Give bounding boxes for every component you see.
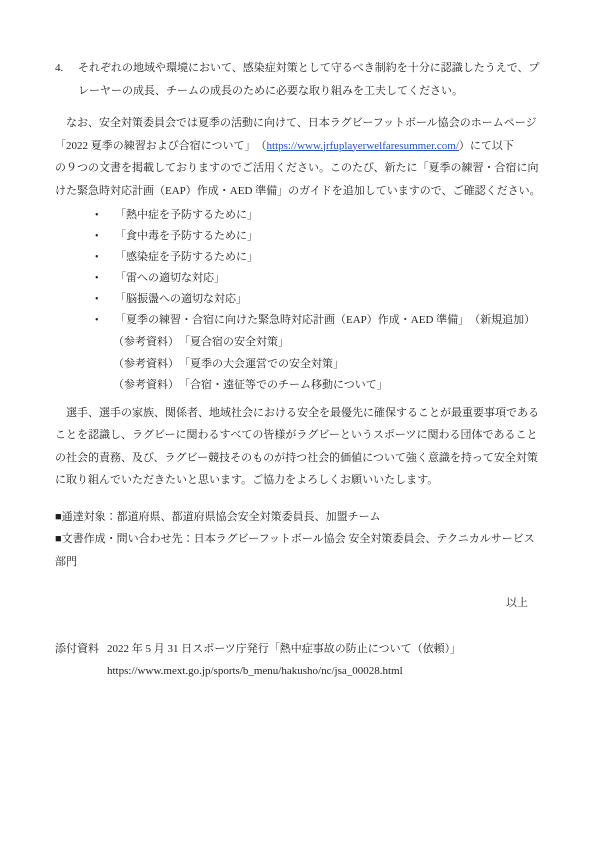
intro-line-with-link: 「2022 夏季の練習および合宿について」 （https://www.jrfup… — [55, 135, 541, 158]
closing-paragraph-line: ことを認識し、ラグビーに関わるすべての皆様がラグビーというスポーツに関わる団体で… — [55, 424, 541, 447]
bullet-icon: • — [95, 289, 115, 310]
bullet-item: • 「雷への適切な対応」 — [55, 268, 541, 289]
notice-block: ■通達対象：都道府県、都道府県協会安全対策委員長、加盟チーム ■文書作成・問い合… — [55, 506, 541, 574]
attachment-label: 添付資料 — [55, 638, 107, 661]
document-page: 4. それぞれの地域や環境において、感染症対策として守るべき制約を十分に認識した… — [0, 0, 595, 841]
intro-paragraph: なお、安全対策委員会では夏季の活動に向けて、日本ラグビーフットボール協会のホーム… — [55, 112, 541, 202]
bullet-text: 「食中毒を予防するために」 — [115, 226, 541, 247]
closing-word: 以上 — [55, 592, 541, 615]
bullet-icon: • — [95, 226, 115, 247]
item-text-line: レーヤーの成長、チームの成長のために必要な取り組みを工夫してください。 — [78, 80, 541, 103]
intro-line: なお、安全対策委員会では夏季の活動に向けて、日本ラグビーフットボール協会のホーム… — [55, 112, 541, 135]
bullet-item: • 「熱中症を予防するために」 — [55, 205, 541, 226]
item-number: 4. — [55, 57, 78, 102]
item-body: それぞれの地域や環境において、感染症対策として守るべき制約を十分に認識したうえで… — [78, 57, 541, 102]
bullet-text: 「夏季の練習・合宿に向けた緊急時対応計画（EAP）作成・AED 準備」 （新規追… — [115, 310, 541, 331]
bullet-item: • 「食中毒を予防するために」 — [55, 226, 541, 247]
bullet-icon: • — [95, 205, 115, 226]
attachment-url-text: https://www.mext.go.jp/sports/b_menu/hak… — [107, 665, 403, 677]
bullet-item: • 「脳振盪への適切な対応」 — [55, 289, 541, 310]
bullet-text: 「脳振盪への適切な対応」 — [115, 289, 541, 310]
attachment-title: 2022 年 5 月 31 日スポーツ庁発行「熱中症事故の防止について（依頼）」 — [107, 638, 541, 661]
closing-paragraph-line: に取り組んでいただきたいと思います。ご協力をよろしくお願いいたします。 — [55, 469, 541, 492]
notice-contact: ■文書作成・問い合わせ先：日本ラグビーフットボール協会 安全対策委員会、テクニカ… — [55, 528, 541, 573]
bullet-text: 「熱中症を予防するために」 — [115, 205, 541, 226]
reference-line: （参考資料） 「夏季の大会運営での安全対策」 — [113, 354, 541, 376]
intro-link-prefix: 「2022 夏季の練習および合宿について」 （ — [55, 140, 267, 152]
attachment-block: 添付資料 2022 年 5 月 31 日スポーツ庁発行「熱中症事故の防止について… — [55, 638, 541, 683]
closing-paragraph: 選手、選手の家族、関係者、地域社会における安全を最優先に確保することが最重要事項… — [55, 402, 541, 492]
summer-guide-link[interactable]: https://www.jrfuplayerwelfaresummer.com/ — [267, 140, 459, 152]
intro-line: の９つの文書を掲載しておりますのでご活用ください。このたび、新たに「夏季の練習・… — [55, 157, 541, 180]
bullet-text: 「感染症を予防するために」 — [115, 247, 541, 268]
bullet-icon: • — [95, 247, 115, 268]
bullet-icon: • — [95, 268, 115, 289]
bullet-item: • 「感染症を予防するために」 — [55, 247, 541, 268]
reference-line: （参考資料） 「合宿・遠征等でのチーム移動について」 — [113, 375, 541, 397]
bullet-text: 「雷への適切な対応」 — [115, 268, 541, 289]
attachment-row: 添付資料 2022 年 5 月 31 日スポーツ庁発行「熱中症事故の防止について… — [55, 638, 541, 661]
reference-line: （参考資料） 「夏合宿の安全対策」 — [113, 332, 541, 354]
reference-list: （参考資料） 「夏合宿の安全対策」 （参考資料） 「夏季の大会運営での安全対策」… — [55, 332, 541, 397]
bullet-list: • 「熱中症を予防するために」 • 「食中毒を予防するために」 • 「感染症を予… — [55, 205, 541, 331]
attachment-url: https://www.mext.go.jp/sports/b_menu/hak… — [55, 660, 541, 683]
closing-paragraph-line: の社会的責務、及び、ラグビー競技そのものが持つ社会的価値について強く意識を持って… — [55, 447, 541, 470]
notice-recipients: ■通達対象：都道府県、都道府県協会安全対策委員長、加盟チーム — [55, 506, 541, 529]
closing-paragraph-line: 選手、選手の家族、関係者、地域社会における安全を最優先に確保することが最重要事項… — [55, 402, 541, 425]
bullet-icon: • — [95, 310, 115, 331]
item-text-line: それぞれの地域や環境において、感染症対策として守るべき制約を十分に認識したうえで… — [78, 57, 541, 80]
numbered-item-4: 4. それぞれの地域や環境において、感染症対策として守るべき制約を十分に認識した… — [55, 57, 541, 102]
intro-line: けた緊急時対応計画（EAP）作成・AED 準備」のガイドを追加していますので、ご… — [55, 180, 541, 203]
bullet-item: • 「夏季の練習・合宿に向けた緊急時対応計画（EAP）作成・AED 準備」 （新… — [55, 310, 541, 331]
intro-link-suffix: ）にて以下 — [459, 140, 514, 152]
document-content: 4. それぞれの地域や環境において、感染症対策として守るべき制約を十分に認識した… — [55, 57, 541, 683]
